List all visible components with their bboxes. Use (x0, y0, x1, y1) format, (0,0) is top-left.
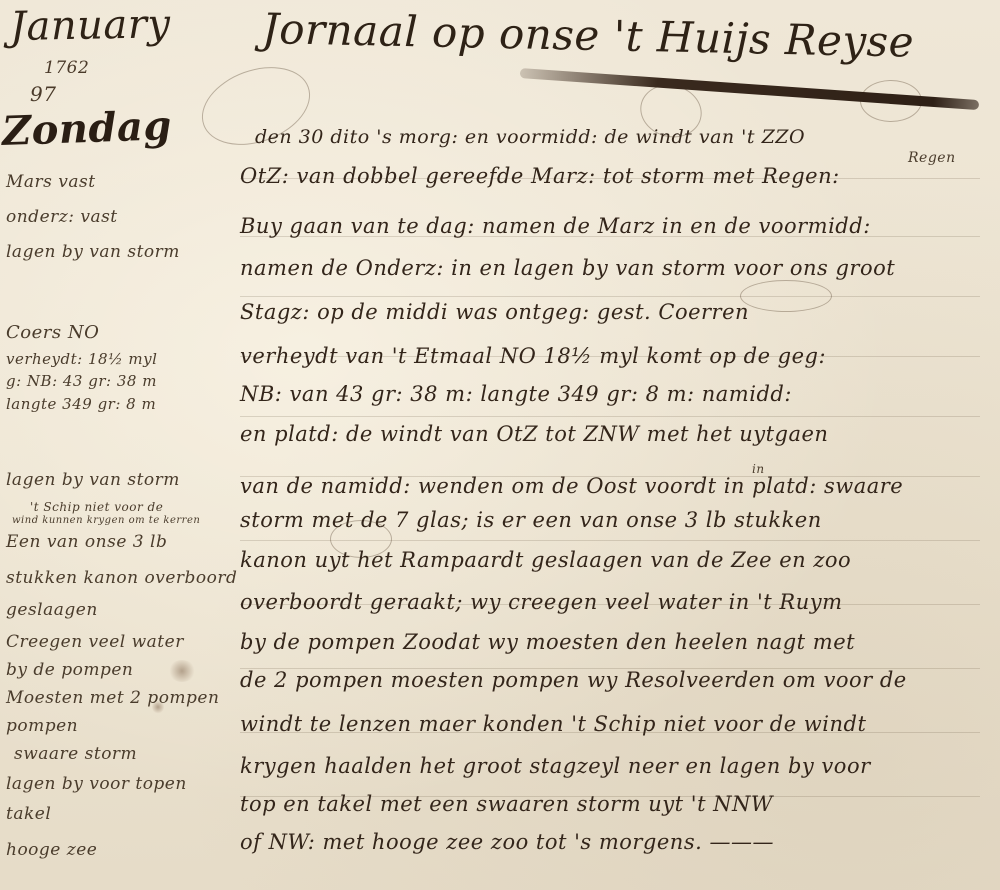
margin-note: geslaagen (6, 600, 98, 620)
ruled-line (240, 296, 980, 297)
margin-note: Moesten met 2 pompen (6, 688, 219, 708)
margin-note-course: Coers NO (6, 322, 99, 343)
manuscript-page: January 1762 Jornaal op onse 't Huijs Re… (0, 0, 1000, 890)
margin-note: lagen by voor topen (6, 774, 187, 794)
margin-note: pompen (6, 716, 78, 736)
margin-note: stukken kanon overboord (6, 568, 237, 588)
body-line: overboordt geraakt; wy creegen veel wate… (240, 590, 843, 614)
margin-note-distance: verheydt: 18½ myl (6, 350, 157, 368)
body-line: storm met de 7 glas; is er een van onse … (240, 508, 822, 532)
body-line: by de pompen Zoodat wy moesten den heele… (240, 630, 855, 654)
body-line: kanon uyt het Rampaardt geslaagen van de… (240, 548, 851, 572)
margin-note: by de pompen (6, 660, 133, 680)
body-line: van de namidd: wenden om de Oost voordt … (240, 474, 903, 498)
body-line: windt te lenzen maer konden 't Schip nie… (240, 712, 866, 736)
margin-note: lagen by van storm (6, 242, 180, 262)
margin-note: hooge zee (6, 840, 97, 860)
interlinear-insert: Regen (908, 150, 956, 166)
body-line: OtZ: van dobbel gereefde Marz: tot storm… (240, 164, 840, 188)
margin-note: Een van onse 3 lb (6, 532, 167, 552)
margin-note: onderz: vast (6, 207, 118, 227)
body-line: Stagz: op de middi was ontgeg: gest. Coe… (240, 300, 749, 324)
ink-stain (168, 660, 196, 682)
margin-note: takel (6, 804, 51, 824)
margin-note: 't Schip niet voor de (30, 500, 163, 514)
day-number: 97 (30, 82, 56, 106)
body-line: of NW: met hooge zee zoo tot 's morgens.… (240, 830, 774, 854)
body-line: NB: van 43 gr: 38 m: langte 349 gr: 8 m:… (240, 382, 792, 406)
margin-note-longitude: langte 349 gr: 8 m (6, 395, 156, 413)
pen-flourish (740, 280, 832, 312)
body-line: krygen haalden het groot stagzeyl neer e… (240, 754, 871, 778)
body-line: verheydt van 't Etmaal NO 18½ myl komt o… (240, 344, 826, 368)
journal-title: Jornaal op onse 't Huijs Reyse (261, 4, 914, 67)
margin-note: Mars vast (6, 172, 96, 192)
day-name: Zondag (1, 102, 172, 155)
ruled-line (240, 416, 980, 417)
body-line: Buy gaan van te dag: namen de Marz in en… (240, 214, 871, 238)
body-line: namen de Onderz: in en lagen by van stor… (240, 256, 895, 280)
year-label: 1762 (44, 58, 89, 78)
body-line: top en takel met een swaaren storm uyt '… (240, 792, 773, 816)
body-line: de 2 pompen moesten pompen wy Resolveerd… (240, 668, 907, 692)
margin-note: swaare storm (14, 744, 137, 764)
body-line: den 30 dito 's morg: en voormidd: de win… (255, 126, 805, 148)
interlinear-insert: in (752, 462, 765, 476)
body-line: en platd: de windt van OtZ tot ZNW met h… (240, 422, 828, 446)
margin-note-latitude: g: NB: 43 gr: 38 m (6, 372, 157, 390)
margin-note: Creegen veel water (6, 632, 184, 652)
margin-note: wind kunnen krygen om te kerren (12, 515, 200, 526)
margin-note: lagen by van storm (6, 470, 180, 490)
month-heading: January (10, 1, 171, 50)
